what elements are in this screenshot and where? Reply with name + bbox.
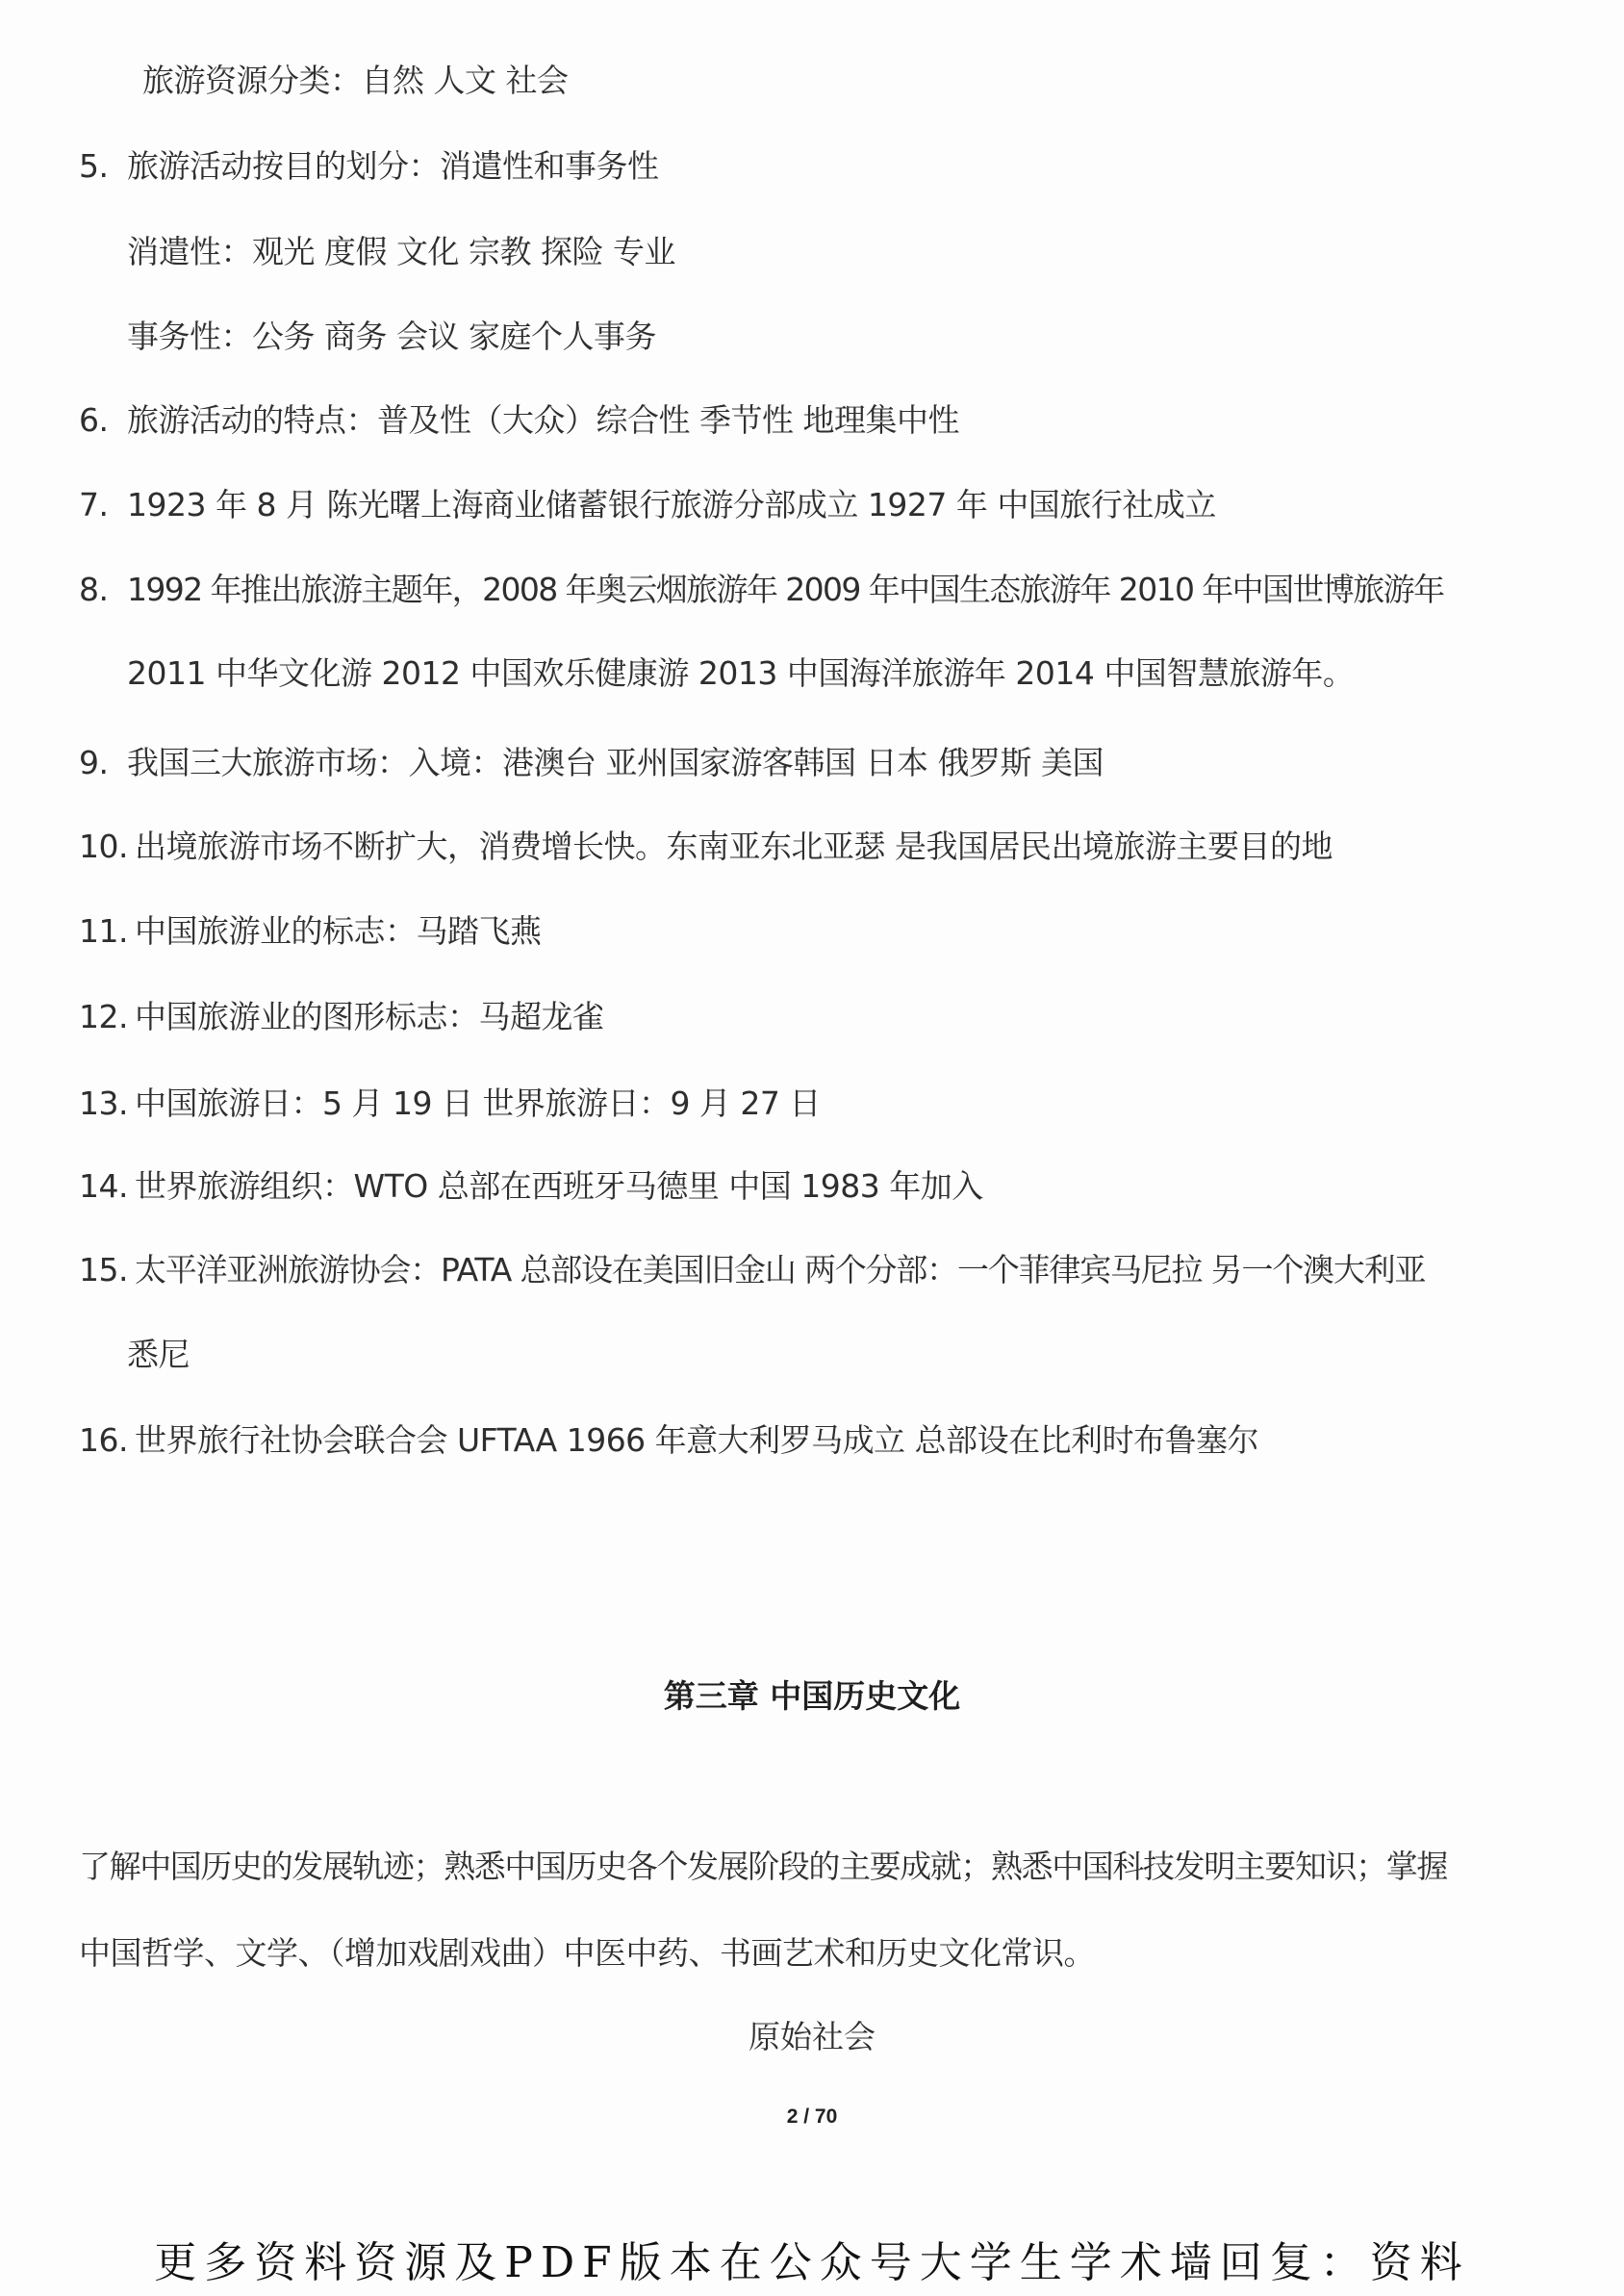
- item-number: 16.: [79, 1419, 135, 1462]
- item-text: 中国旅游日：5 月 19 日 世界旅游日：9 月 27 日: [135, 1084, 821, 1122]
- item-text: 旅游活动按目的划分：消遣性和事务性: [127, 147, 659, 185]
- item-text: 世界旅行社协会联合会 UFTAA 1966 年意大利罗马成立 总部设在比利时布鲁…: [135, 1421, 1258, 1459]
- list-item-16: 16.世界旅行社协会联合会 UFTAA 1966 年意大利罗马成立 总部设在比利…: [79, 1419, 1258, 1462]
- list-subitem-leisure: 消遣性：观光 度假 文化 宗教 探险 专业: [127, 231, 675, 273]
- list-item-15: 15.太平洋亚洲旅游协会：PATA 总部设在美国旧金山 两个分部：一个菲律宾马尼…: [79, 1249, 1425, 1291]
- item-number: 7.: [79, 484, 127, 526]
- list-item-8: 8.1992 年推出旅游主题年，2008 年奥云烟旅游年 2009 年中国生态旅…: [79, 569, 1443, 611]
- item-number: 8.: [79, 569, 127, 611]
- list-subitem-business: 事务性：公务 商务 会议 家庭个人事务: [127, 316, 656, 358]
- chapter-intro-line-1: 了解中国历史的发展轨迹；熟悉中国历史各个发展阶段的主要成就；熟悉中国科技发明主要…: [79, 1846, 1447, 1888]
- item-text: 1992 年推出旅游主题年，2008 年奥云烟旅游年 2009 年中国生态旅游年…: [127, 571, 1443, 608]
- item-number: 9.: [79, 742, 127, 784]
- list-item-7: 7.1923 年 8 月 陈光曙上海商业储蓄银行旅游分部成立 1927 年 中国…: [79, 484, 1216, 526]
- item-text: 世界旅游组织：WTO 总部在西班牙马德里 中国 1983 年加入: [135, 1167, 983, 1205]
- list-item-10: 10.出境旅游市场不断扩大，消费增长快。东南亚东北亚瑟 是我国居民出境旅游主要目…: [79, 826, 1332, 868]
- item-text: 出境旅游市场不断扩大，消费增长快。东南亚东北亚瑟 是我国居民出境旅游主要目的地: [135, 828, 1332, 865]
- list-item-6: 6.旅游活动的特点：普及性（大众）综合性 季节性 地理集中性: [79, 399, 959, 442]
- item-number: 10.: [79, 826, 135, 868]
- chapter-heading: 第三章 中国历史文化: [0, 1675, 1624, 1718]
- item-number: 5.: [79, 145, 127, 188]
- item-number: 14.: [79, 1165, 135, 1208]
- item-text: 中国旅游业的标志：马踏飞燕: [135, 912, 542, 950]
- list-item-9: 9.我国三大旅游市场：入境：港澳台 亚州国家游客韩国 日本 俄罗斯 美国: [79, 742, 1104, 784]
- item-number: 12.: [79, 996, 135, 1038]
- item-text: 我国三大旅游市场：入境：港澳台 亚州国家游客韩国 日本 俄罗斯 美国: [127, 744, 1104, 781]
- list-item-5: 5.旅游活动按目的划分：消遣性和事务性: [79, 145, 659, 188]
- list-item-15-continuation: 悉尼: [127, 1334, 190, 1376]
- list-item-8-continuation: 2011 中华文化游 2012 中国欢乐健康游 2013 中国海洋旅游年 201…: [127, 652, 1354, 695]
- list-item-11: 11.中国旅游业的标志：马踏飞燕: [79, 910, 542, 953]
- list-item-12: 12.中国旅游业的图形标志：马超龙雀: [79, 996, 604, 1038]
- footer-promo-banner: 更多资料资源及PDF版本在公众号大学生学术墙回复：资料: [0, 2234, 1624, 2292]
- item-text: 中国旅游业的图形标志：马超龙雀: [135, 998, 604, 1035]
- item-number: 13.: [79, 1083, 135, 1125]
- list-item-13: 13.中国旅游日：5 月 19 日 世界旅游日：9 月 27 日: [79, 1083, 821, 1125]
- item-text: 1923 年 8 月 陈光曙上海商业储蓄银行旅游分部成立 1927 年 中国旅行…: [127, 486, 1216, 523]
- item-number: 11.: [79, 910, 135, 953]
- item-number: 6.: [79, 399, 127, 442]
- chapter-intro-line-2: 中国哲学、文学、（增加戏剧戏曲）中医中药、书画艺术和历史文化常识。: [79, 1932, 1095, 1975]
- section-title: 原始社会: [0, 2016, 1624, 2058]
- page-number: 2 / 70: [0, 2104, 1624, 2130]
- list-item-14: 14.世界旅游组织：WTO 总部在西班牙马德里 中国 1983 年加入: [79, 1165, 983, 1208]
- item-number: 15.: [79, 1249, 135, 1291]
- item-text: 太平洋亚洲旅游协会：PATA 总部设在美国旧金山 两个分部：一个菲律宾马尼拉 另…: [135, 1251, 1425, 1288]
- item-text: 旅游活动的特点：普及性（大众）综合性 季节性 地理集中性: [127, 401, 959, 439]
- tourism-resource-classification: 旅游资源分类：自然 人文 社会: [142, 60, 568, 102]
